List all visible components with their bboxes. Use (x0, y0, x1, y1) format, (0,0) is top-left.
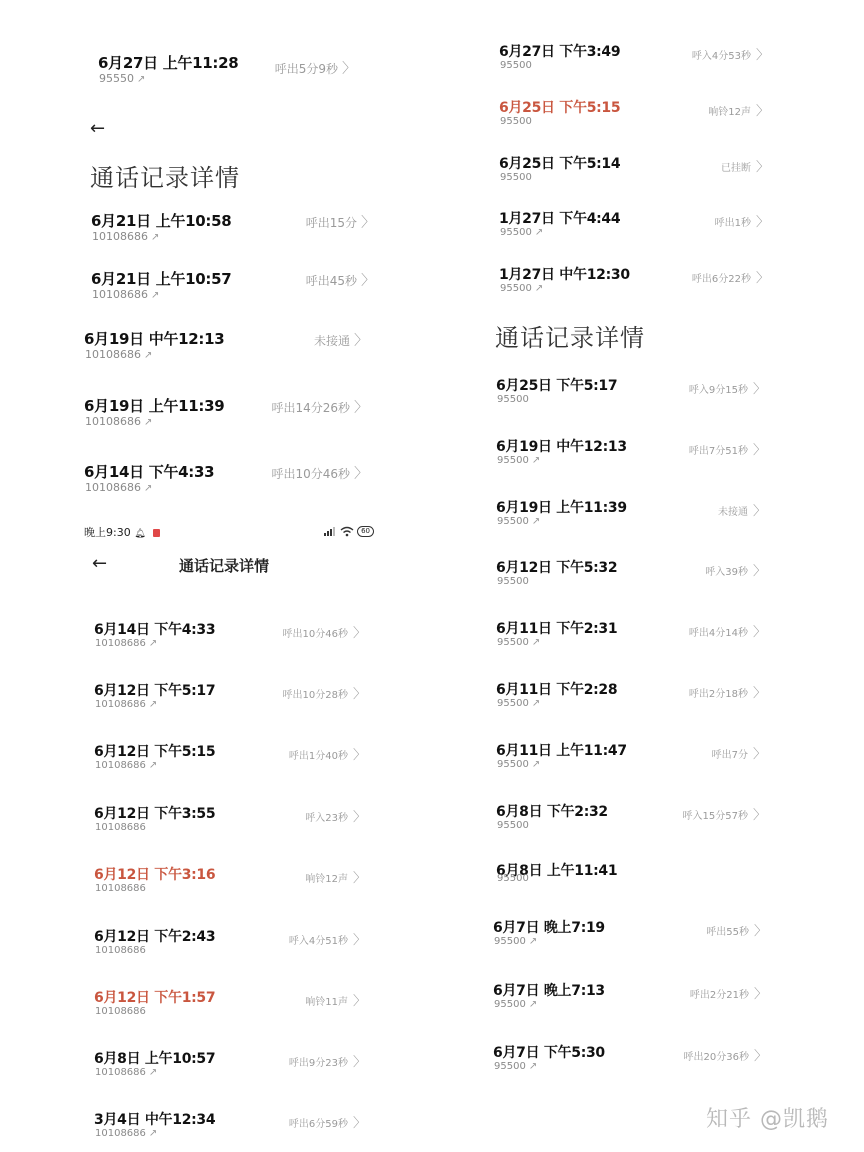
chevron-right-icon[interactable]: 〉 (353, 1112, 366, 1131)
outgoing-arrow-icon: ↗ (149, 638, 157, 649)
call-datetime: 6月8日 上午10:57 (94, 1048, 215, 1068)
signal-icon (324, 526, 336, 536)
call-entry[interactable]: 6月7日 下午5:3095500↗呼出20分36秒〉 (493, 1042, 767, 1086)
outgoing-arrow-icon: ↗ (149, 699, 157, 710)
call-datetime: 6月19日 上午11:39 (84, 395, 224, 416)
back-arrow-icon[interactable]: ← (90, 118, 105, 139)
call-status: 响铃11声 (305, 993, 348, 1008)
call-datetime: 6月12日 下午3:55 (94, 803, 215, 823)
outgoing-arrow-icon: ↗ (532, 516, 540, 527)
page-title: 通话记录详情 (495, 318, 645, 353)
call-number: 10108686↗ (95, 699, 157, 710)
call-datetime: 6月21日 上午10:58 (91, 210, 231, 231)
call-number: 95500 (497, 394, 529, 405)
call-entry[interactable]: 1月27日 中午12:3095500↗呼出6分22秒〉 (499, 264, 769, 308)
call-entry[interactable]: 6月19日 中午12:1310108686↗未接通〉 (84, 328, 368, 372)
call-status: 呼入4分51秒 (289, 932, 348, 947)
chevron-right-icon[interactable]: 〉 (754, 920, 767, 939)
chevron-right-icon[interactable]: 〉 (354, 397, 368, 417)
chevron-right-icon[interactable]: 〉 (354, 330, 368, 350)
call-entry[interactable]: 6月25日 下午5:1495500已挂断〉 (499, 153, 769, 197)
call-datetime: 6月12日 下午5:15 (94, 741, 215, 761)
chevron-right-icon[interactable]: 〉 (753, 500, 766, 519)
chevron-right-icon[interactable]: 〉 (756, 156, 769, 175)
chevron-right-icon[interactable]: 〉 (756, 100, 769, 119)
call-status: 呼出2分18秒 (689, 685, 748, 700)
call-status: 呼出7分 (712, 746, 748, 761)
call-number: 10108686↗ (85, 415, 152, 428)
call-status: 呼入15分57秒 (683, 807, 748, 822)
call-status: 呼出45秒 (306, 272, 357, 289)
call-entry[interactable]: 6月14日 下午4:3310108686↗呼出10分46秒〉 (94, 619, 366, 663)
call-datetime: 6月25日 下午5:14 (499, 153, 620, 173)
call-entry[interactable]: 6月27日 上午11:28 95550↗ 呼出5分9秒 〉 (98, 52, 356, 96)
call-entry[interactable]: 6月11日 上午11:4795500↗呼出7分〉 (496, 740, 766, 784)
call-datetime: 1月27日 下午4:44 (499, 208, 620, 228)
call-number: 10108686↗ (95, 638, 157, 649)
chevron-right-icon[interactable]: 〉 (353, 990, 366, 1009)
back-arrow-icon[interactable]: ← (92, 553, 107, 574)
outgoing-arrow-icon: ↗ (532, 455, 540, 466)
call-entry[interactable]: 6月7日 晚上7:1995500↗呼出55秒〉 (493, 917, 767, 961)
call-datetime: 6月7日 晚上7:13 (493, 980, 605, 1000)
call-entry[interactable]: 6月8日 上午11:4195500 (496, 860, 766, 882)
call-entry[interactable]: 6月12日 下午3:1610108686响铃12声〉 (94, 864, 366, 908)
call-status: 呼入23秒 (305, 809, 348, 824)
call-entry[interactable]: 6月11日 下午2:3195500↗呼出4分14秒〉 (496, 618, 766, 662)
call-status: 呼出15分 (306, 214, 357, 231)
call-datetime: 6月14日 下午4:33 (84, 461, 214, 482)
call-entry[interactable]: 6月27日 下午3:4995500呼入4分53秒〉 (499, 41, 769, 85)
call-number: 95500↗ (497, 455, 540, 466)
call-status: 呼出10分46秒 (271, 465, 350, 482)
call-status: 呼出14分26秒 (271, 399, 350, 416)
call-status: 未接通 (718, 503, 748, 518)
call-entry[interactable]: 6月25日 下午5:1595500响铃12声〉 (499, 97, 769, 141)
page-title: 通话记录详情 (179, 555, 269, 576)
call-number: 10108686↗ (95, 1128, 157, 1139)
call-number: 95500 (500, 116, 532, 127)
chevron-right-icon[interactable]: 〉 (753, 743, 766, 762)
call-status: 响铃12声 (708, 103, 751, 118)
call-entry[interactable]: 6月11日 下午2:2895500↗呼出2分18秒〉 (496, 679, 766, 723)
call-status: 呼出10分28秒 (283, 686, 348, 701)
call-number: 10108686 (95, 883, 146, 894)
chevron-right-icon[interactable]: 〉 (753, 378, 766, 397)
call-entry[interactable]: 6月8日 上午10:5710108686↗呼出9分23秒〉 (94, 1048, 366, 1092)
call-number: 95500 (497, 576, 529, 587)
call-entry[interactable]: 6月12日 下午1:5710108686响铃11声〉 (94, 987, 366, 1031)
status-icons: 60 (324, 524, 374, 537)
outgoing-arrow-icon: ↗ (532, 698, 540, 709)
outgoing-arrow-icon: ↗ (151, 290, 159, 301)
call-datetime: 6月12日 下午3:16 (94, 864, 215, 884)
call-number: 95500↗ (500, 227, 543, 238)
call-status: 呼出2分21秒 (690, 986, 749, 1001)
call-status: 呼出6分59秒 (289, 1115, 348, 1130)
outgoing-arrow-icon: ↗ (532, 759, 540, 770)
outgoing-arrow-icon: ↗ (535, 227, 543, 238)
chevron-right-icon[interactable]: 〉 (361, 270, 375, 290)
call-datetime: 1月27日 中午12:30 (499, 264, 630, 284)
call-number: 95500 (497, 820, 529, 831)
call-number: 95500↗ (494, 999, 537, 1010)
call-status: 呼出1分40秒 (289, 747, 348, 762)
chevron-right-icon[interactable]: 〉 (753, 439, 766, 458)
call-datetime: 6月21日 上午10:57 (91, 268, 231, 289)
outgoing-arrow-icon: ↗ (535, 283, 543, 294)
status-time: 晚上9:30 (84, 526, 131, 539)
chevron-right-icon[interactable]: 〉 (754, 983, 767, 1002)
call-datetime: 6月19日 中午12:13 (84, 328, 224, 349)
call-number: 10108686↗ (92, 230, 159, 243)
call-status: 呼出5分9秒 (275, 60, 338, 77)
chevron-right-icon[interactable]: 〉 (342, 58, 356, 78)
call-datetime: 6月14日 下午4:33 (94, 619, 215, 639)
call-entry[interactable]: 6月7日 晚上7:1395500↗呼出2分21秒〉 (493, 980, 767, 1024)
chevron-right-icon[interactable]: 〉 (756, 267, 769, 286)
chevron-right-icon[interactable]: 〉 (753, 621, 766, 640)
call-entry[interactable]: 6月12日 下午2:4310108686呼入4分51秒〉 (94, 926, 366, 970)
call-status: 呼出20分36秒 (684, 1048, 749, 1063)
call-number: 10108686 (95, 1006, 146, 1017)
page-title: 通话记录详情 (90, 158, 240, 193)
call-status: 呼出9分23秒 (289, 1054, 348, 1069)
chevron-right-icon[interactable]: 〉 (353, 929, 366, 948)
outgoing-arrow-icon: ↗ (149, 1067, 157, 1078)
call-number: 95500 (500, 60, 532, 71)
call-datetime: 6月12日 下午5:17 (94, 680, 215, 700)
call-datetime: 6月12日 下午1:57 (94, 987, 215, 1007)
call-entry[interactable]: 1月27日 下午4:4495500↗呼出1秒〉 (499, 208, 769, 252)
call-number: 95500↗ (500, 283, 543, 294)
call-entry[interactable]: 6月8日 下午2:3295500呼入15分57秒〉 (496, 801, 766, 845)
call-entry[interactable]: 6月12日 下午3:5510108686呼入23秒〉 (94, 803, 366, 847)
watermark: 知乎 @凯鹅 (706, 1102, 829, 1133)
outgoing-arrow-icon: ↗ (529, 1061, 537, 1072)
call-status: 呼出6分22秒 (692, 270, 751, 285)
outgoing-arrow-icon: ↗ (149, 760, 157, 771)
call-entry[interactable]: 6月19日 上午11:3995500↗未接通〉 (496, 497, 766, 541)
outgoing-arrow-icon: ↗ (137, 74, 145, 85)
call-number: 95500↗ (494, 1061, 537, 1072)
alarm-icon: 🔔︎ (134, 529, 145, 539)
call-entry[interactable]: 6月14日 下午4:3310108686↗呼出10分46秒〉 (84, 461, 368, 505)
chevron-right-icon[interactable]: 〉 (353, 806, 366, 825)
wifi-icon (340, 526, 354, 537)
chevron-right-icon[interactable]: 〉 (756, 211, 769, 230)
call-number: 10108686 (95, 822, 146, 833)
call-number: 95550↗ (99, 72, 145, 85)
call-number: 10108686↗ (95, 1067, 157, 1078)
chevron-right-icon[interactable]: 〉 (756, 44, 769, 63)
call-entry[interactable]: 6月19日 上午11:3910108686↗呼出14分26秒〉 (84, 395, 368, 439)
chevron-right-icon[interactable]: 〉 (753, 560, 766, 579)
call-datetime: 6月11日 下午2:31 (496, 618, 617, 638)
call-number: 95500↗ (494, 936, 537, 947)
call-status: 未接通 (314, 332, 350, 349)
call-number: 95500↗ (497, 637, 540, 648)
call-status: 响铃12声 (305, 870, 348, 885)
outgoing-arrow-icon: ↗ (144, 350, 152, 361)
call-status: 呼出10分46秒 (283, 625, 348, 640)
call-status: 呼出7分51秒 (689, 442, 748, 457)
call-status: 呼入39秒 (705, 563, 748, 578)
call-status: 呼出4分14秒 (689, 624, 748, 639)
outgoing-arrow-icon: ↗ (529, 936, 537, 947)
call-datetime: 3月4日 中午12:34 (94, 1109, 215, 1129)
call-datetime: 6月8日 下午2:32 (496, 801, 608, 821)
call-datetime: 6月25日 下午5:17 (496, 375, 617, 395)
status-bar: 晚上9:30 🔔︎ 60 (84, 524, 374, 540)
call-status: 呼入9分15秒 (689, 381, 748, 396)
call-number: 95500↗ (497, 698, 540, 709)
chevron-right-icon[interactable]: 〉 (353, 744, 366, 763)
call-number: 10108686↗ (85, 348, 152, 361)
call-entry[interactable]: 3月4日 中午12:3410108686↗呼出6分59秒〉 (94, 1109, 366, 1152)
call-entry[interactable]: 6月12日 下午5:1710108686↗呼出10分28秒〉 (94, 680, 366, 724)
chevron-right-icon[interactable]: 〉 (353, 622, 366, 641)
call-datetime: 6月11日 下午2:28 (496, 679, 617, 699)
chevron-right-icon[interactable]: 〉 (353, 867, 366, 886)
chevron-right-icon[interactable]: 〉 (353, 683, 366, 702)
outgoing-arrow-icon: ↗ (529, 999, 537, 1010)
call-status: 呼出55秒 (706, 923, 749, 938)
call-datetime: 6月27日 上午11:28 (98, 52, 238, 73)
outgoing-arrow-icon: ↗ (149, 1128, 157, 1139)
call-number: 10108686↗ (85, 481, 152, 494)
chevron-right-icon[interactable]: 〉 (754, 1045, 767, 1064)
call-datetime: 6月12日 下午5:32 (496, 557, 617, 577)
outgoing-arrow-icon: ↗ (532, 637, 540, 648)
call-number: 10108686↗ (92, 288, 159, 301)
call-entry[interactable]: 6月25日 下午5:1795500呼入9分15秒〉 (496, 375, 766, 419)
call-status: 已挂断 (721, 159, 751, 174)
call-entry[interactable]: 6月21日 上午10:5810108686↗呼出15分〉 (91, 210, 375, 254)
chevron-right-icon[interactable]: 〉 (753, 804, 766, 823)
call-datetime: 6月11日 上午11:47 (496, 740, 627, 760)
chevron-right-icon[interactable]: 〉 (354, 463, 368, 483)
outgoing-arrow-icon: ↗ (151, 232, 159, 243)
record-icon (153, 529, 160, 537)
chevron-right-icon[interactable]: 〉 (361, 212, 375, 232)
call-status: 呼出1秒 (715, 214, 751, 229)
call-number: 10108686↗ (95, 760, 157, 771)
call-datetime: 6月19日 中午12:13 (496, 436, 627, 456)
call-entry[interactable]: 6月19日 中午12:1395500↗呼出7分51秒〉 (496, 436, 766, 480)
chevron-right-icon[interactable]: 〉 (753, 682, 766, 701)
call-number: 10108686 (95, 945, 146, 956)
call-entry[interactable]: 6月12日 下午5:1510108686↗呼出1分40秒〉 (94, 741, 366, 785)
outgoing-arrow-icon: ↗ (144, 417, 152, 428)
call-number: 95500↗ (497, 759, 540, 770)
call-entry[interactable]: 6月21日 上午10:5710108686↗呼出45秒〉 (91, 268, 375, 312)
call-datetime: 6月7日 下午5:30 (493, 1042, 605, 1062)
battery-icon: 60 (357, 526, 374, 537)
call-datetime: 6月7日 晚上7:19 (493, 917, 605, 937)
call-datetime: 6月19日 上午11:39 (496, 497, 627, 517)
outgoing-arrow-icon: ↗ (144, 483, 152, 494)
chevron-right-icon[interactable]: 〉 (353, 1051, 366, 1070)
call-entry[interactable]: 6月12日 下午5:3295500呼入39秒〉 (496, 557, 766, 601)
call-datetime: 6月12日 下午2:43 (94, 926, 215, 946)
call-number: 95500 (497, 873, 529, 882)
call-datetime: 6月25日 下午5:15 (499, 97, 620, 117)
call-status: 呼入4分53秒 (692, 47, 751, 62)
call-number: 95500↗ (497, 516, 540, 527)
call-datetime: 6月27日 下午3:49 (499, 41, 620, 61)
call-number: 95500 (500, 172, 532, 183)
